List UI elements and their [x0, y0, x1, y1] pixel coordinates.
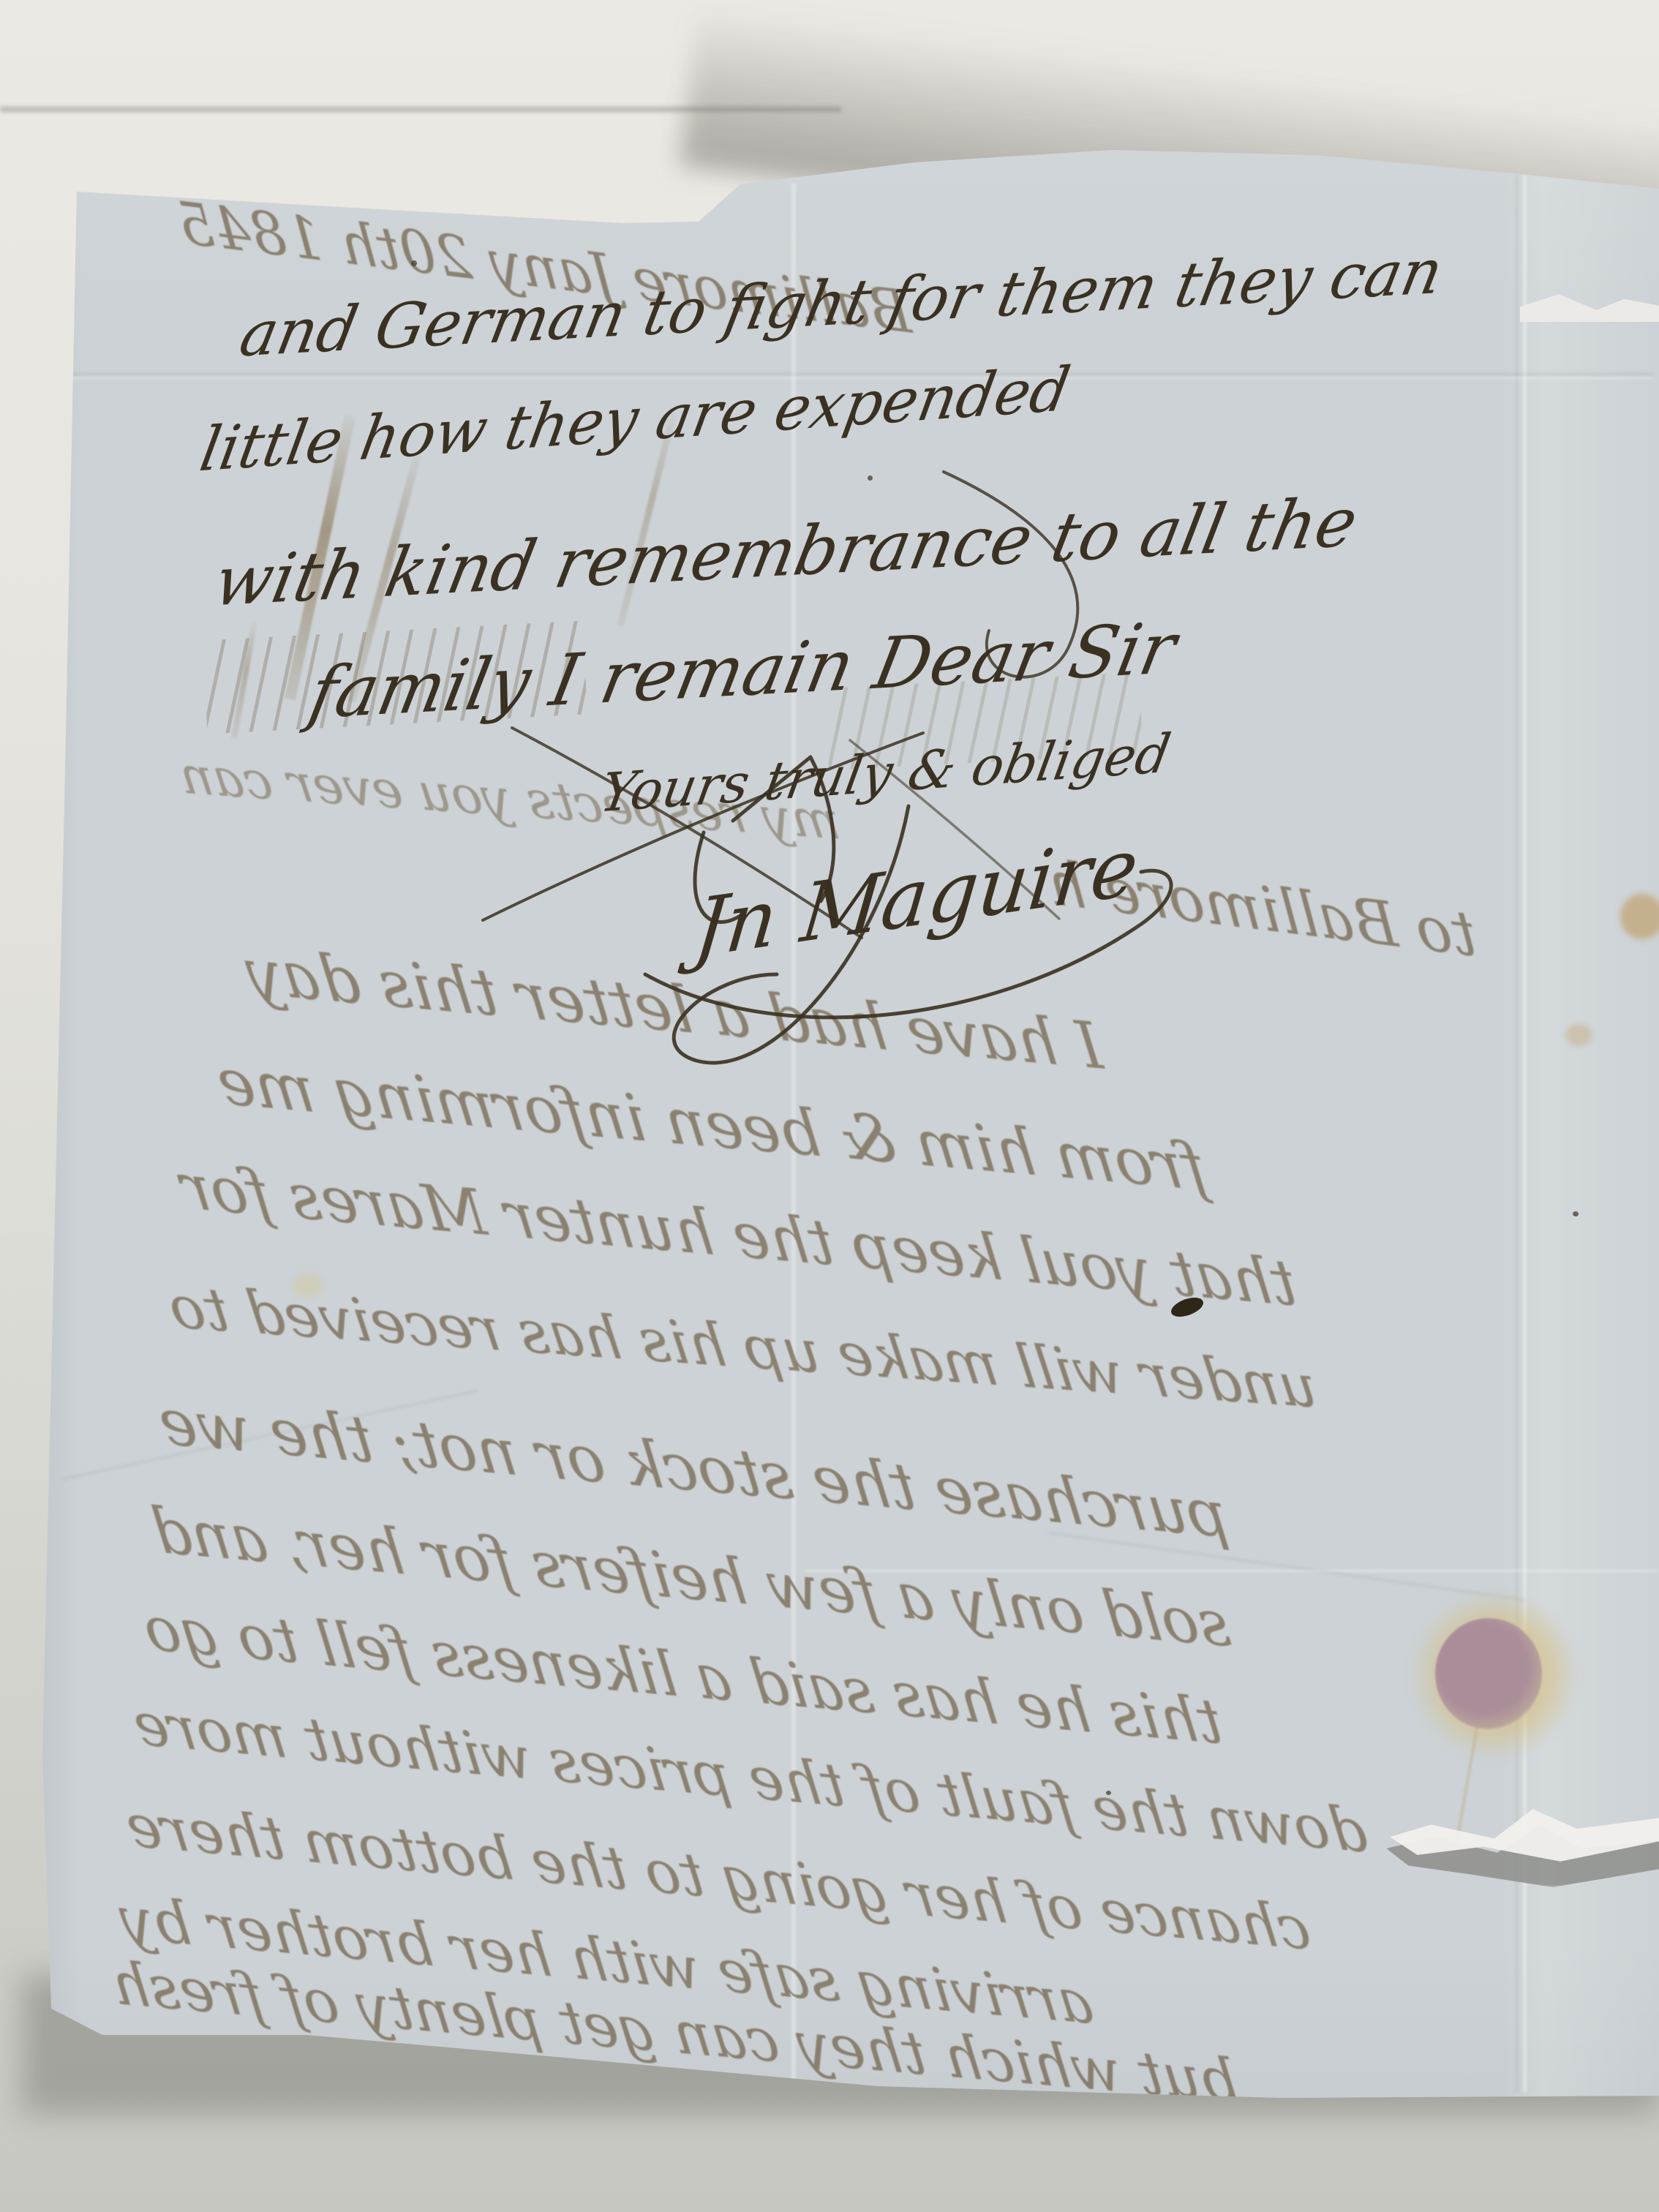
ink-speck	[411, 260, 417, 266]
tan-stain	[1620, 894, 1659, 939]
wax-seal-stain	[1435, 1618, 1542, 1729]
letter-line: with kind remembrance to all the	[208, 483, 1363, 622]
ink-speck	[1106, 1791, 1111, 1795]
vertical-crease-right	[1523, 176, 1527, 2092]
tan-stain	[1565, 1024, 1592, 1046]
ink-speck	[868, 475, 873, 481]
vertical-crease-right-shadow	[1516, 176, 1518, 2092]
ink-speck	[1573, 1211, 1579, 1216]
letter-photograph: Ballimore Jany 20th 1845 my respects you…	[0, 0, 1659, 2212]
letter-paper: Ballimore Jany 20th 1845 my respects you…	[0, 0, 1659, 2212]
paper-tear-top-right	[1520, 288, 1659, 322]
yellow-stain	[293, 1273, 323, 1298]
